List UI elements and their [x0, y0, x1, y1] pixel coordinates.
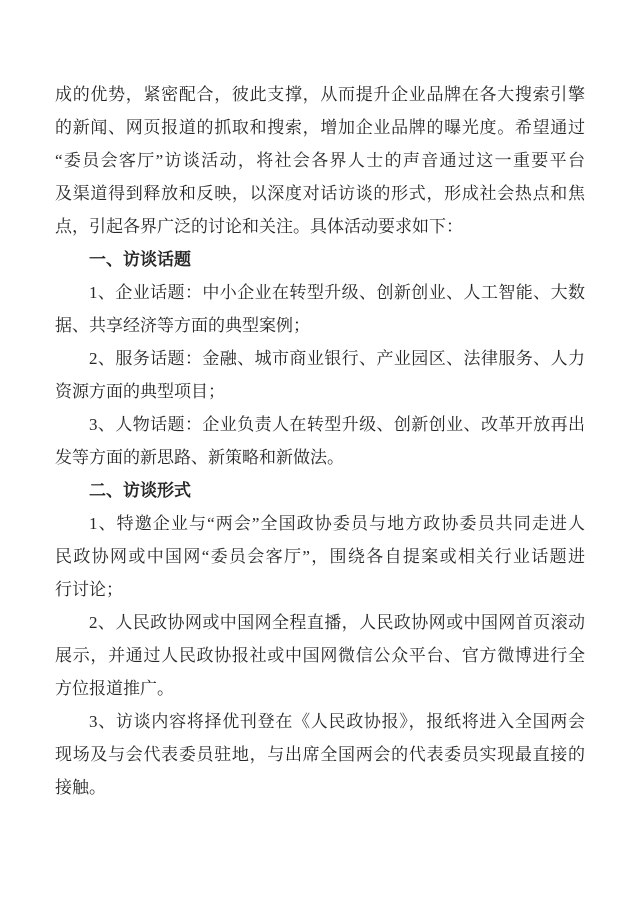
text-line: 发等方面的新思路、新策略和新做法。 — [55, 441, 585, 474]
paragraph: 1、特邀企业与“两会”全国政协委员与地方政协委员共同走进人民政协网或中国网“委员… — [55, 507, 585, 606]
text-line: 接触。 — [55, 771, 585, 804]
text-line: 方位报道推广。 — [55, 672, 585, 705]
paragraph: 1、企业话题：中小企业在转型升级、创新创业、人工智能、大数据、共享经济等方面的典… — [55, 276, 585, 342]
paragraph: 3、人物话题：企业负责人在转型升级、创新创业、改革开放再出发等方面的新思路、新策… — [55, 408, 585, 474]
text-line: 行讨论； — [55, 573, 585, 606]
text-line: 3、人物话题：企业负责人在转型升级、创新创业、改革开放再出 — [55, 408, 585, 441]
document-page: 成的优势，紧密配合，彼此支撑，从而提升企业品牌在各大搜索引擎的新闻、网页报道的抓… — [0, 0, 639, 909]
text-line: 一、访谈话题 — [55, 243, 585, 276]
text-line: 成的优势，紧密配合，彼此支撑，从而提升企业品牌在各大搜索引擎 — [55, 78, 585, 111]
document-body: 成的优势，紧密配合，彼此支撑，从而提升企业品牌在各大搜索引擎的新闻、网页报道的抓… — [55, 78, 585, 804]
text-line: “委员会客厅”访谈活动，将社会各界人士的声音通过这一重要平台 — [55, 144, 585, 177]
text-line: 的新闻、网页报道的抓取和搜索，增加企业品牌的曝光度。希望通过 — [55, 111, 585, 144]
text-line: 2、服务话题：金融、城市商业银行、产业园区、法律服务、人力 — [55, 342, 585, 375]
paragraph: 2、服务话题：金融、城市商业银行、产业园区、法律服务、人力资源方面的典型项目； — [55, 342, 585, 408]
text-line: 及渠道得到释放和反映，以深度对话访谈的形式，形成社会热点和焦 — [55, 177, 585, 210]
text-line: 现场及与会代表委员驻地，与出席全国两会的代表委员实现最直接的 — [55, 738, 585, 771]
text-line: 民政协网或中国网“委员会客厅”，围绕各自提案或相关行业话题进 — [55, 540, 585, 573]
text-line: 点，引起各界广泛的讨论和关注。具体活动要求如下： — [55, 210, 585, 243]
paragraph: 2、人民政协网或中国网全程直播，人民政协网或中国网首页滚动展示，并通过人民政协报… — [55, 606, 585, 705]
text-line: 1、企业话题：中小企业在转型升级、创新创业、人工智能、大数 — [55, 276, 585, 309]
text-line: 二、访谈形式 — [55, 474, 585, 507]
text-line: 资源方面的典型项目； — [55, 375, 585, 408]
text-line: 3、访谈内容将择优刊登在《人民政协报》，报纸将进入全国两会 — [55, 705, 585, 738]
paragraph: 成的优势，紧密配合，彼此支撑，从而提升企业品牌在各大搜索引擎的新闻、网页报道的抓… — [55, 78, 585, 243]
text-line: 2、人民政协网或中国网全程直播，人民政协网或中国网首页滚动 — [55, 606, 585, 639]
text-line: 据、共享经济等方面的典型案例； — [55, 309, 585, 342]
text-line: 1、特邀企业与“两会”全国政协委员与地方政协委员共同走进人 — [55, 507, 585, 540]
paragraph: 3、访谈内容将择优刊登在《人民政协报》，报纸将进入全国两会现场及与会代表委员驻地… — [55, 705, 585, 804]
section-heading: 一、访谈话题 — [55, 243, 585, 276]
section-heading: 二、访谈形式 — [55, 474, 585, 507]
text-line: 展示，并通过人民政协报社或中国网微信公众平台、官方微博进行全 — [55, 639, 585, 672]
